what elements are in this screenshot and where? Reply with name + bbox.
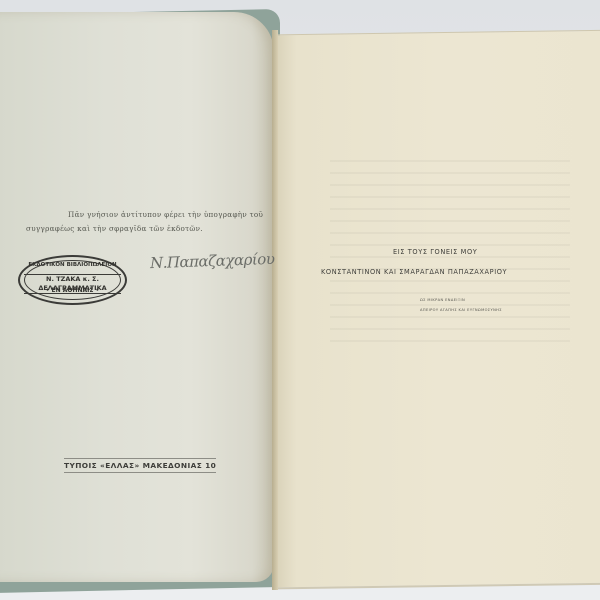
authenticity-note-line-2: συγγραφέως καὶ τὴν σφραγῖδα τῶν ἐκδοτῶν. [26,222,266,236]
stamp-top-text: ΕΚΔΟΤΙΚΟΝ ΒΙΒΛΙΟΠΩΛΕΙΟΝ [20,262,125,268]
dedication-line-3: ΩΣ ΜΙΚΡΑΝ ΕΝΔΕΙΞΙΝ [420,298,465,302]
authenticity-note: Πᾶν γνήσιον ἀντίτυπον φέρει τὴν ὑπογραφὴ… [26,208,266,236]
stamp-bottom-text: • ΕΝ ΑΘΗΝΑΙΣ • [20,287,125,294]
publisher-stamp: ΕΚΔΟΤΙΚΟΝ ΒΙΒΛΙΟΠΩΛΕΙΟΝ Ν. ΤΖΑΚΑ κ. Σ. Δ… [18,255,127,305]
open-book-photo: Πᾶν γνήσιον ἀντίτυπον φέρει τὴν ὑπογραφὴ… [0,0,600,600]
dedication-line-4: ΑΠΕΙΡΟΥ ΑΓΑΠΗΣ ΚΑΙ ΕΥΓΝΩΜΟΣΥΝΗΣ [420,308,502,312]
dedication-line-2: ΚΟΝΣΤΑΝΤΙΝΟΝ ΚΑΙ ΣΜΑΡΑΓΔΑΝ ΠΑΠΑΖΑΧΑΡΙΟΥ [321,268,507,276]
book-gutter [272,30,278,590]
printer-imprint: ΤΥΠΟΙΣ «ΕΛΛΑΣ» ΜΑΚΕΔΟΝΙΑΣ 10 [64,458,216,473]
dedication-line-1: ΕΙΣ ΤΟΥΣ ΓΟΝΕΙΣ ΜΟΥ [393,248,477,256]
authenticity-note-line-1: Πᾶν γνήσιον ἀντίτυπον φέρει τὴν ὑπογραφὴ… [26,208,266,222]
